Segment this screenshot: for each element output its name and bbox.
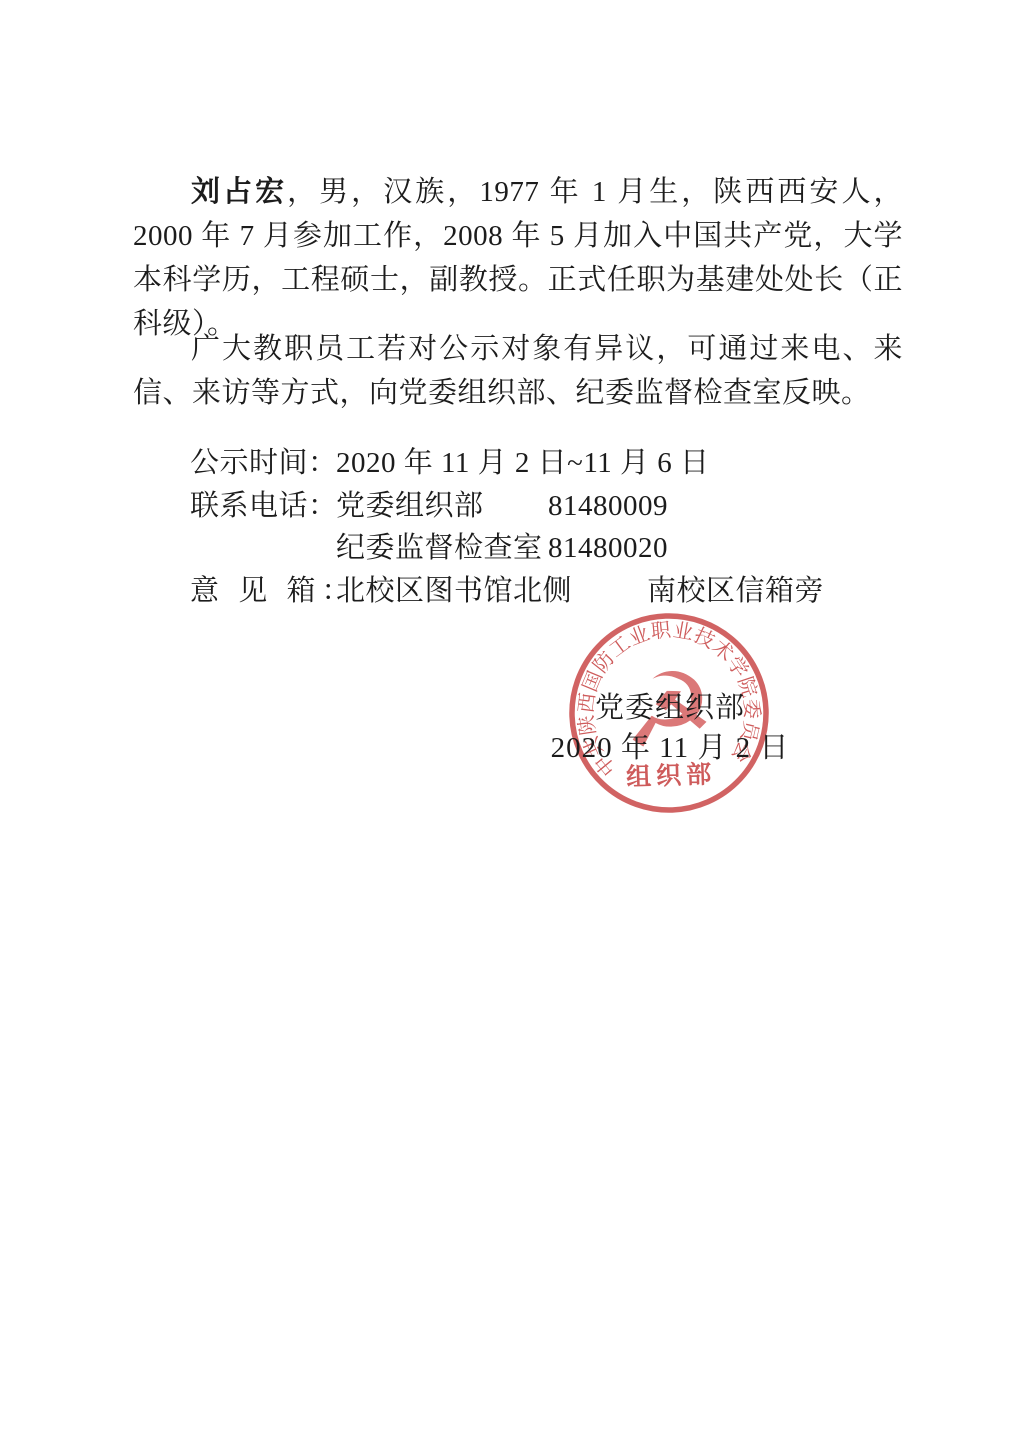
phone-row-1: 联系电话： 党委组织部 81480009 (190, 483, 910, 526)
publicity-time-row: 公示时间： 2020 年 11 月 2 日~11 月 6 日 (190, 440, 910, 483)
phone-label: 联系电话： (190, 483, 336, 524)
contact-info-block: 公示时间： 2020 年 11 月 2 日~11 月 6 日 联系电话： 党委组… (190, 440, 910, 610)
phone-number-1: 81480009 (548, 490, 668, 523)
signature-block: 党委组织部 2020 年 11 月 2 日 (450, 688, 890, 768)
mailbox-label: 意 见 箱： (190, 568, 336, 609)
publicity-time-value: 2020 年 11 月 2 日~11 月 6 日 (336, 440, 710, 481)
phone-row-2: 纪委监督检查室 81480020 (190, 525, 910, 568)
mailbox-north-value: 北校区图书馆北侧 (336, 568, 647, 609)
phone-org-1: 党委组织部 (336, 483, 548, 524)
phone-number-2: 81480020 (548, 532, 668, 565)
publicity-time-label: 公示时间： (190, 440, 336, 481)
signature-org: 党委组织部 (450, 688, 890, 728)
objection-paragraph: 广大教职员工若对公示对象有异议，可通过来电、来信、来访等方式，向党委组织部、纪委… (133, 327, 903, 415)
mailbox-row: 意 见 箱： 北校区图书馆北侧 南校区信箱旁 (190, 568, 910, 611)
signature-date: 2020 年 11 月 2 日 (450, 728, 890, 768)
document-page: 刘占宏，男，汉族，1977 年 1 月生，陕西西安人，2000 年 7 月参加工… (0, 0, 1024, 1448)
phone-org-2: 纪委监督检查室 (336, 525, 548, 566)
person-name: 刘占宏 (191, 176, 287, 208)
intro-paragraph: 刘占宏，男，汉族，1977 年 1 月生，陕西西安人，2000 年 7 月参加工… (133, 170, 903, 346)
